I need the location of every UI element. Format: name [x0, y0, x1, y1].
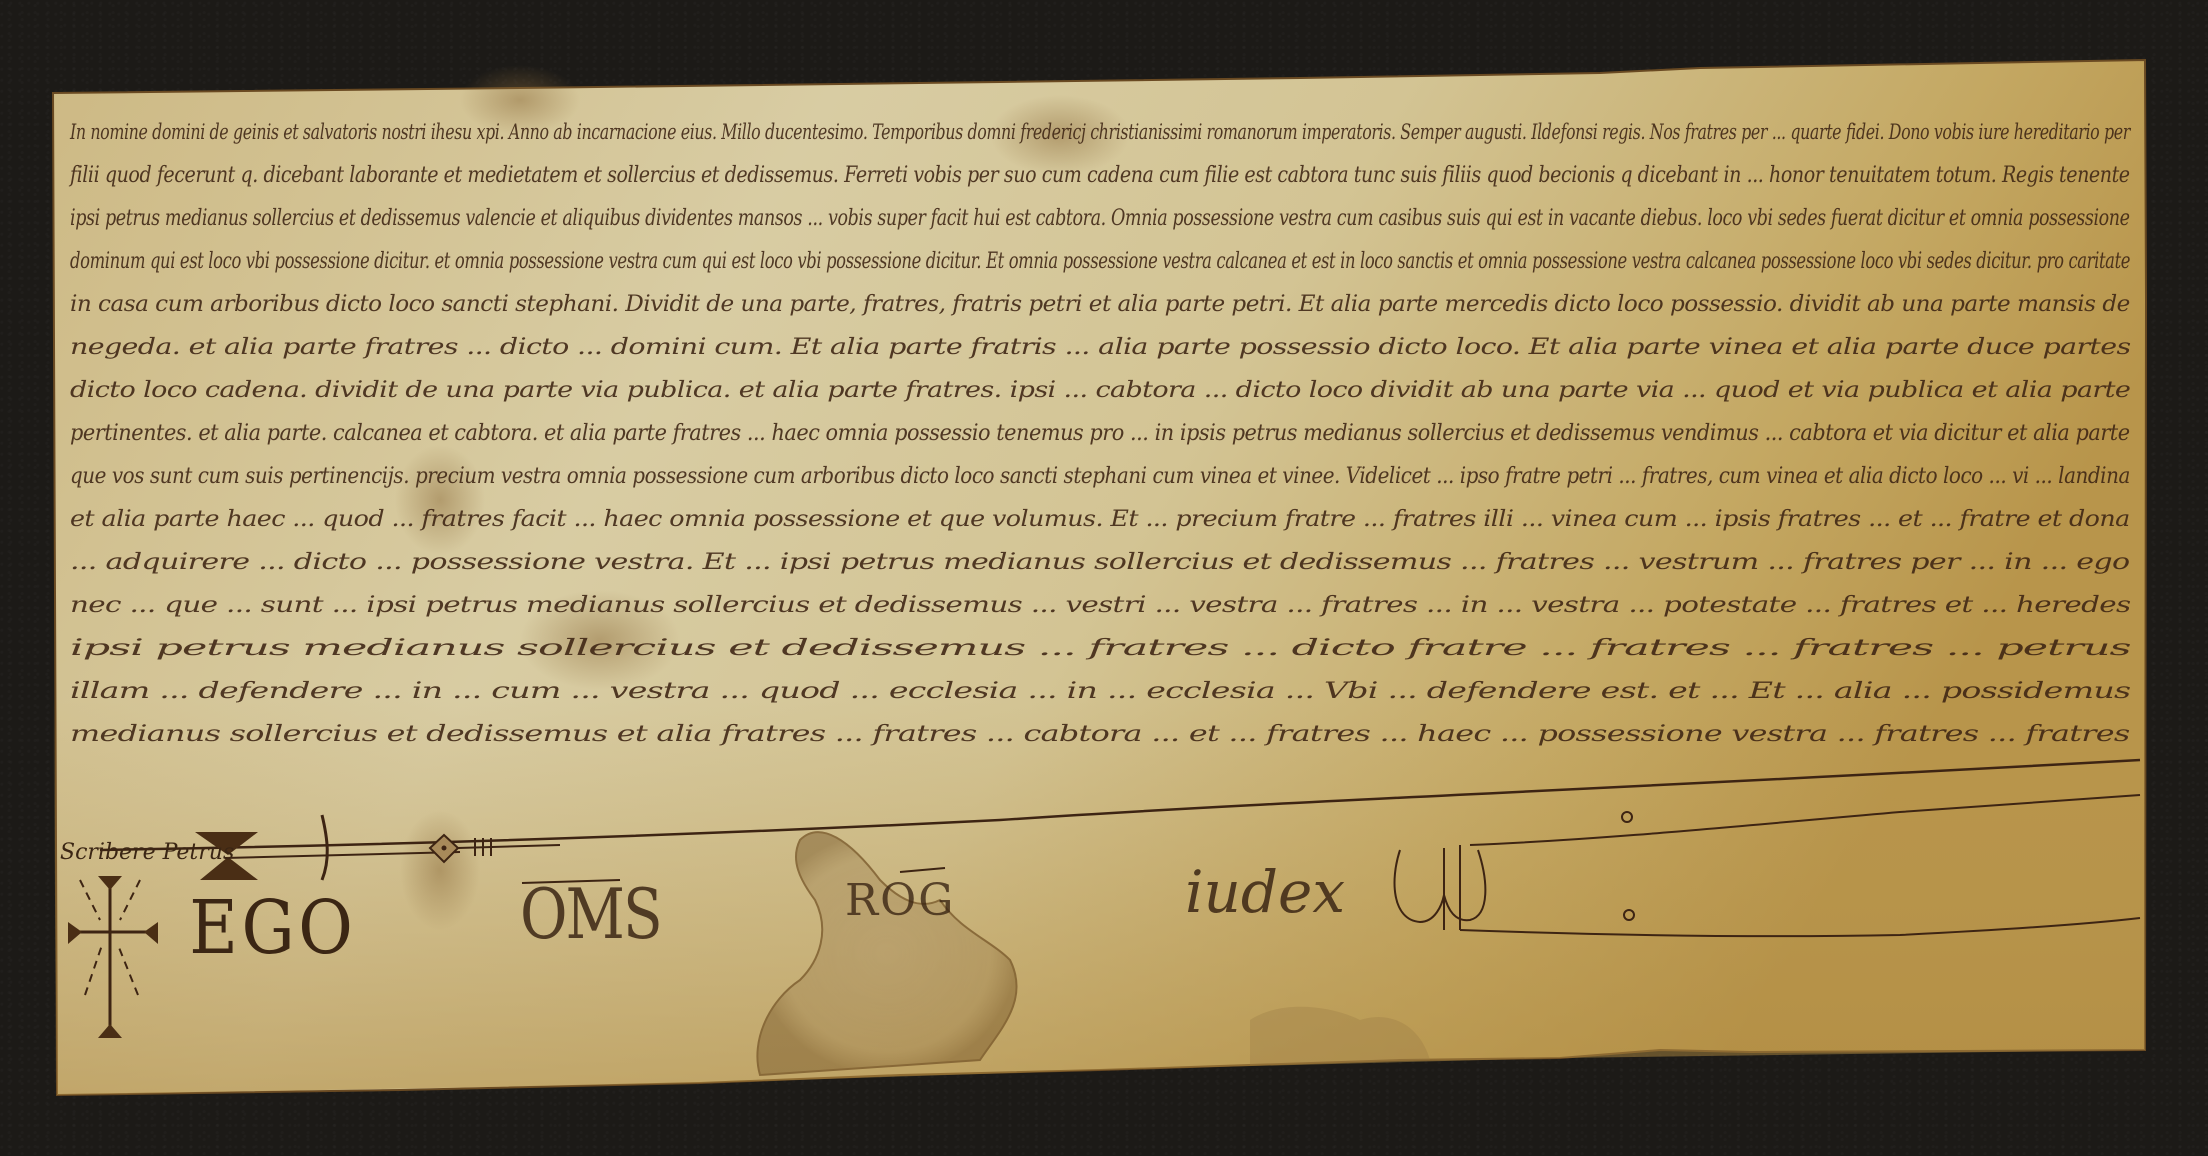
text-line: negeda. et alia parte fratres ... dicto … [70, 335, 2130, 360]
parchment-charter: In nomine domini de geinis et salvatoris… [0, 0, 2208, 1156]
text-line: ipsi petrus medianus sollercius et dedis… [70, 636, 2131, 661]
text-line: que vos sunt cum suis pertinencijs. prec… [70, 464, 2130, 489]
signature-ego: EGO [189, 885, 356, 971]
text-line: ipsi petrus medianus sollercius et dedis… [70, 206, 2130, 231]
text-line: pertinentes. et alia parte. calcanea et … [70, 421, 2130, 446]
text-line: dominum qui est loco vbi possessione dic… [70, 249, 2130, 274]
text-line: nec ... que ... sunt ... ipsi petrus med… [70, 593, 2130, 618]
signature-monogram-rog: ROG [845, 875, 955, 926]
text-line: in casa cum arboribus dicto loco sancti … [70, 292, 2130, 317]
text-line: medianus sollercius et dedissemus et ali… [70, 722, 2130, 747]
signature-iudex: iudex [1185, 858, 1345, 926]
text-line: filii quod fecerunt q. dicebant laborant… [70, 163, 2130, 188]
text-line: illam ... defendere ... in ... cum ... v… [70, 679, 2130, 704]
text-line: In nomine domini de geinis et salvatoris… [70, 120, 2130, 144]
text-line: et alia parte haec ... quod ... fratres … [70, 507, 2130, 532]
text-line: ... adquirere ... dicto ... possessione … [70, 550, 2129, 575]
scribe-subscription: Scribere Petrus [60, 840, 234, 865]
text-line: dicto loco cadena. dividit de una parte … [70, 378, 2130, 403]
signature-monogram-oms: OMS [520, 873, 661, 955]
